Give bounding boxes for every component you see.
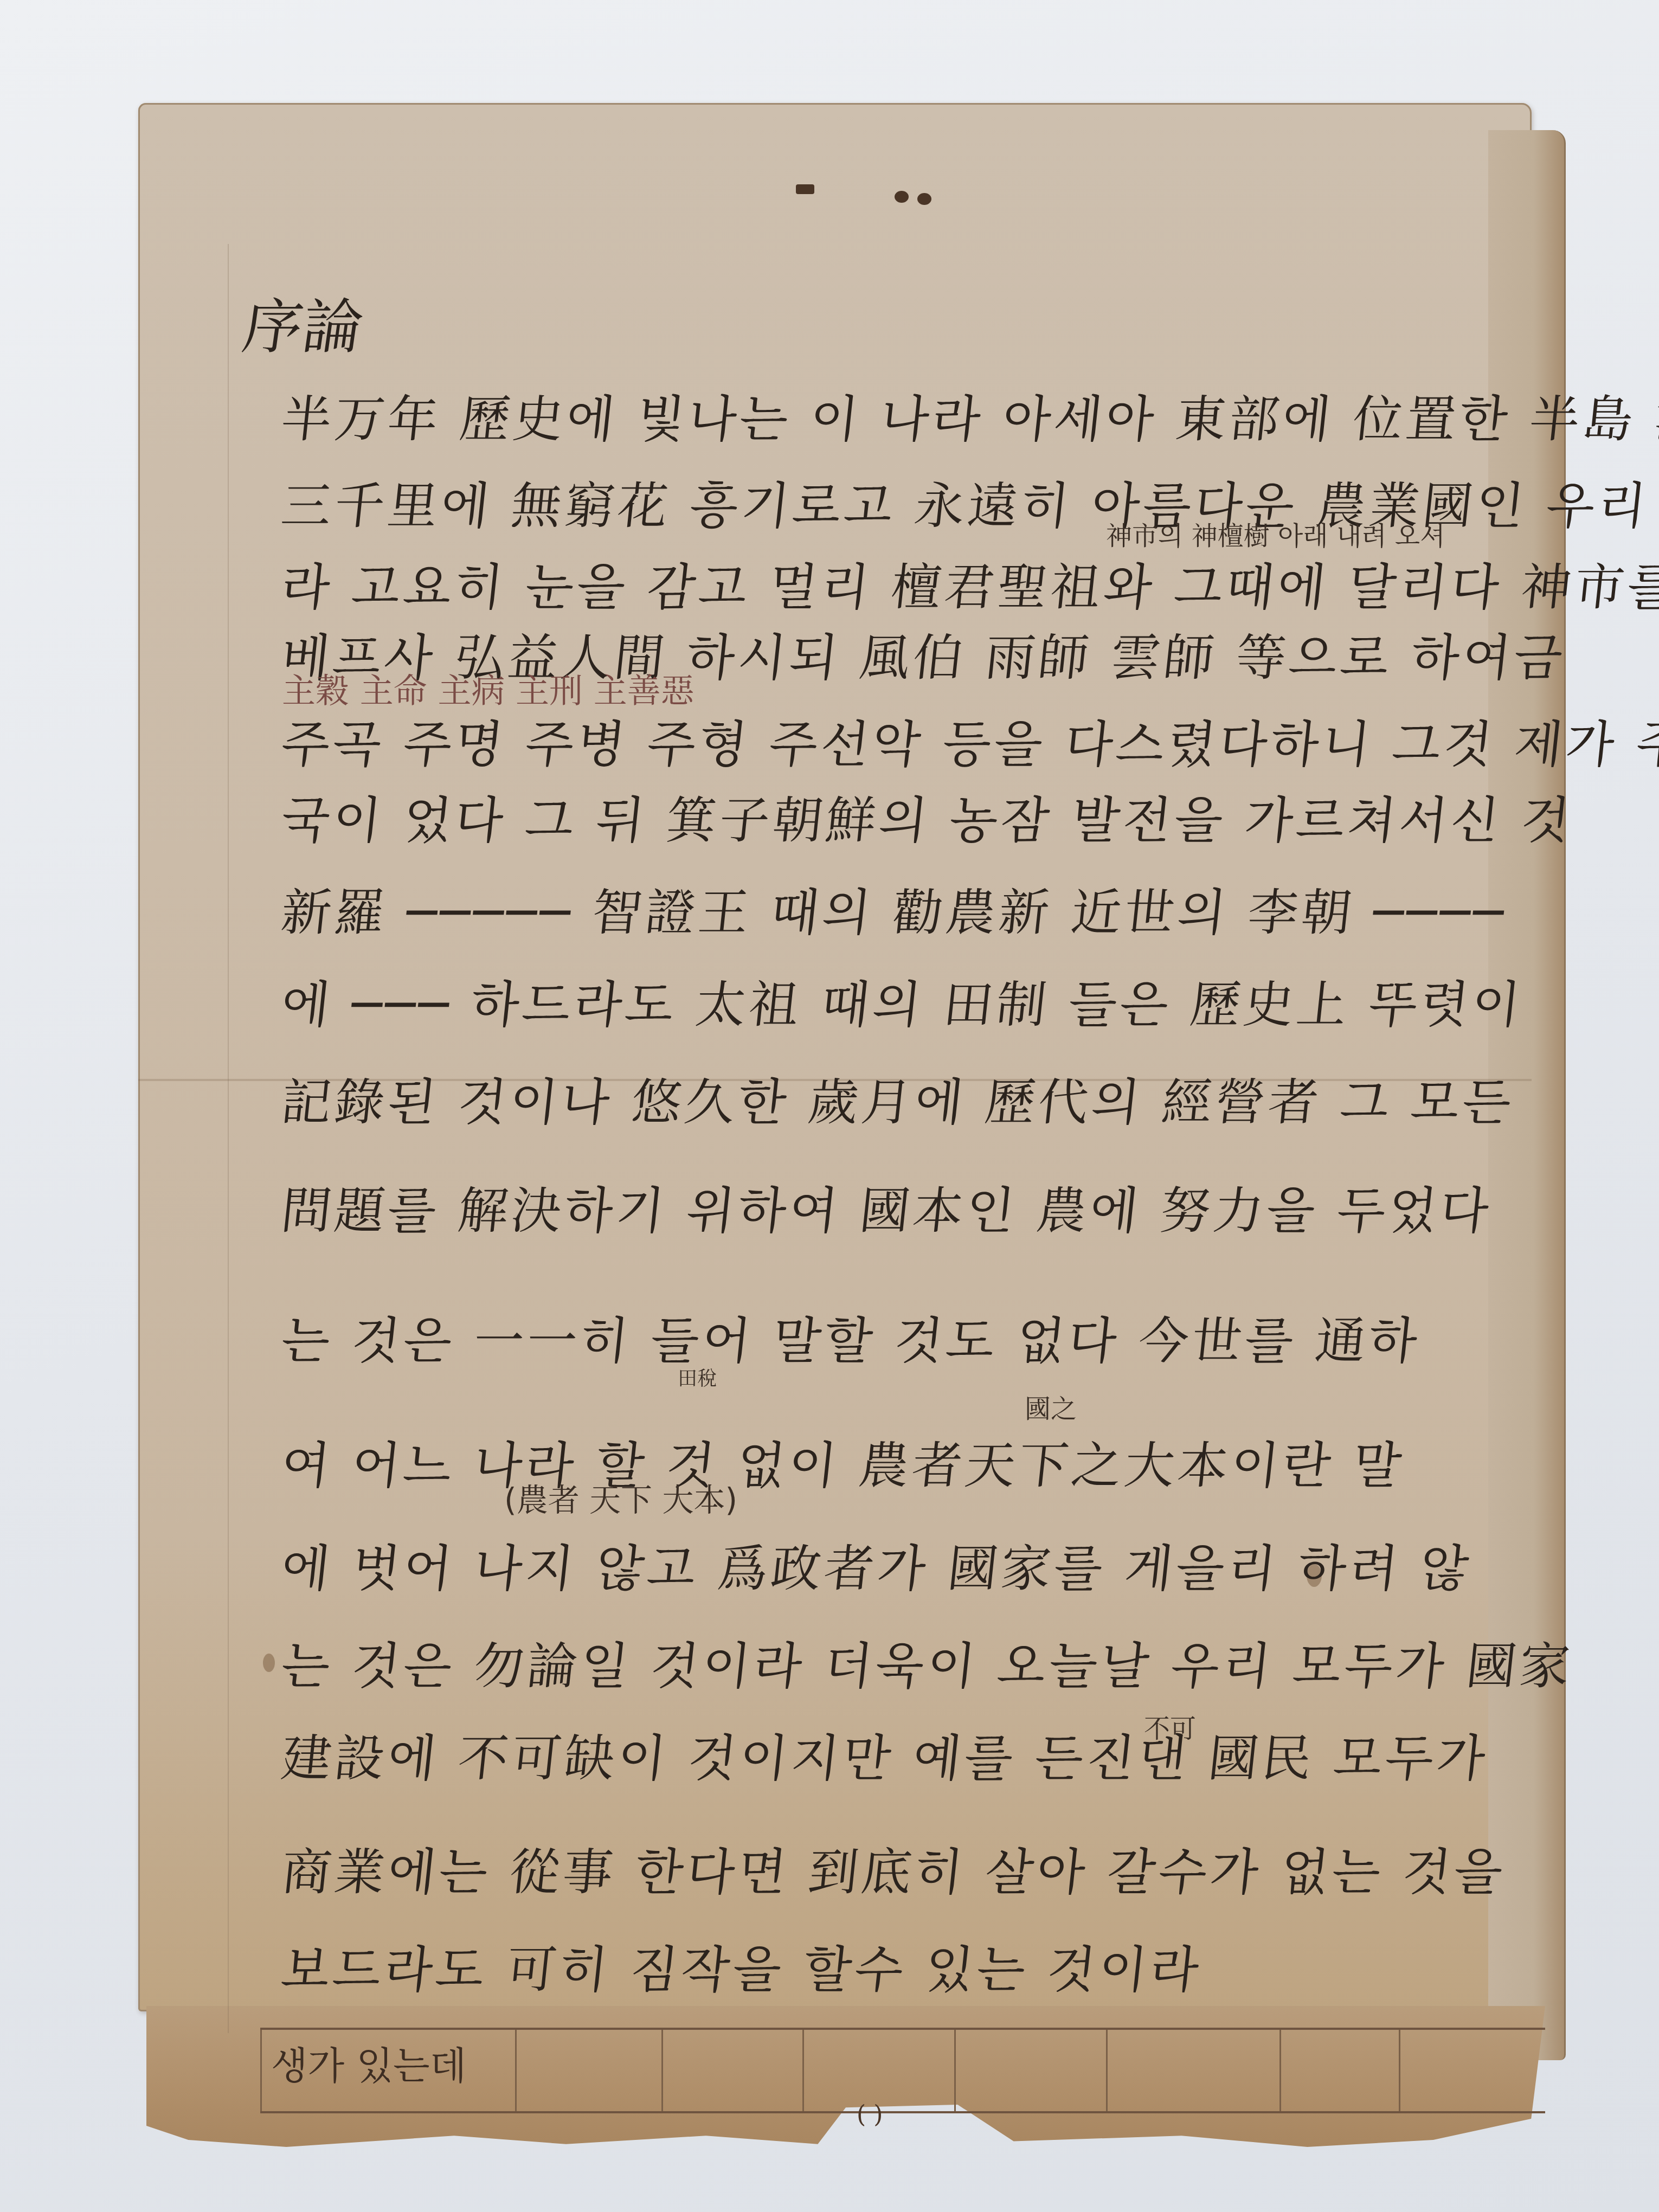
margin-note: 생가 있는데: [271, 2036, 466, 2091]
text-line: 半万年 歷史에 빛나는 이 나라 아세아 東部에 位置한 半島 沃野: [278, 380, 1659, 451]
page-mark: ( ): [857, 2101, 883, 2129]
ink-stain: [263, 1654, 275, 1672]
text-line: 는 것은 勿論일 것이라 더욱이 오늘날 우리 모두가 國家: [278, 1626, 1577, 1698]
text-line: 記錄된 것이나 悠久한 歲月에 歷代의 經營者 그 모든: [278, 1063, 1518, 1134]
text-line: 여 어느 나라 할 것 없이 農者天下之大本이란 말: [278, 1426, 1409, 1497]
text-line: 라 고요히 눈을 감고 멀리 檀君聖祖와 그때에 달리다 神市를: [278, 548, 1659, 619]
text-line: 에 ─── 하드라도 太祖 때의 田制 들은 歷史上 뚜렷이: [278, 965, 1527, 1037]
interlinear-note: 神市의 神檀樹 아래 내려 오셔: [1106, 515, 1445, 552]
text-line: 建設에 不可缺이 것이지만 예를 든진댄 國民 모두가: [278, 1719, 1493, 1790]
text-line: 보드라도 可히 짐작을 할수 있는 것이라: [278, 1930, 1206, 2002]
text-line: 에 벗어 나지 않고 爲政者가 國家를 게을리 하려 않: [278, 1529, 1476, 1600]
text-line: 국이 었다 그 뒤 箕子朝鮮의 농잠 발전을 가르쳐서신 것: [278, 781, 1577, 852]
binding-hole-icon: [917, 193, 931, 205]
text-line: 新羅 ───── 智證王 때의 勸農新 近世의 李朝 ────: [278, 873, 1511, 944]
text-line: 는 것은 一一히 들어 말할 것도 없다 今世를 通하: [278, 1301, 1424, 1373]
text-line: 商業에는 從事 한다면 到底히 살아 갈수가 없는 것을: [278, 1832, 1510, 1904]
interlinear-note: 田稅: [678, 1364, 717, 1391]
binding-hole-icon: [895, 191, 909, 203]
text-line: 주곡 주명 주병 주형 주선악 등을 다스렸다하니 그것 제가 주: [278, 705, 1659, 776]
interlinear-note: 國之: [1025, 1388, 1077, 1425]
interlinear-note-red: 主穀 主命 主病 主刑 主善惡: [282, 664, 695, 712]
section-title: 序論: [238, 279, 369, 365]
text-line: 三千里에 無窮花 흥기로고 永遠히 아름다운 農業國인 우리 나: [278, 466, 1659, 538]
interlinear-note: (農者 天下 大本): [504, 1475, 737, 1520]
binding-hole-icon: [796, 184, 814, 194]
text-line: 問題를 解決하기 위하여 國本인 農에 努力을 두었다: [278, 1171, 1496, 1243]
interlinear-note: 不可: [1144, 1708, 1196, 1745]
